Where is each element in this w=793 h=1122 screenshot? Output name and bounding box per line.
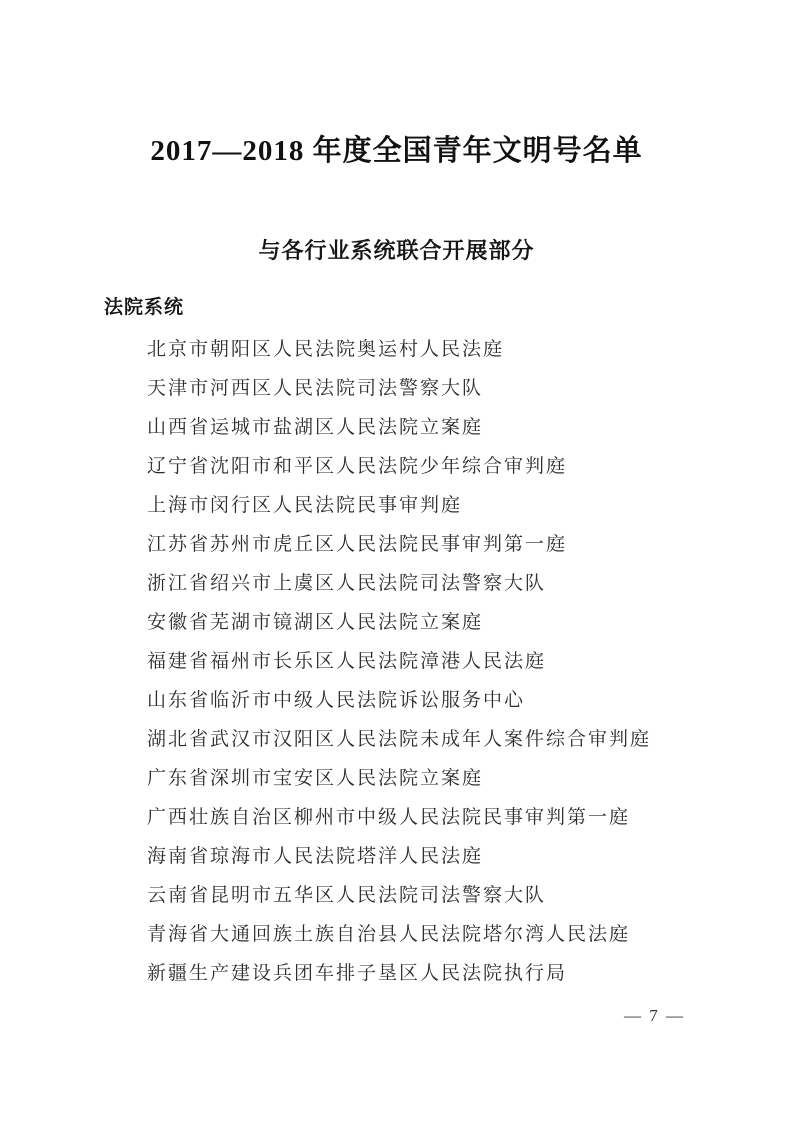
list-item: 天津市河西区人民法院司法警察大队 [147,369,651,408]
list-item: 海南省琼海市人民法院塔洋人民法庭 [147,837,651,876]
list-item: 云南省昆明市五华区人民法院司法警察大队 [147,876,651,915]
list-item: 湖北省武汉市汉阳区人民法院未成年人案件综合审判庭 [147,720,651,759]
list-item: 安徽省芜湖市镜湖区人民法院立案庭 [147,603,651,642]
list-item: 广西壮族自治区柳州市中级人民法院民事审判第一庭 [147,798,651,837]
section-heading-court-system: 法院系统 [104,296,184,320]
page-number: — 7 — [624,1004,685,1028]
list-item: 辽宁省沈阳市和平区人民法院少年综合审判庭 [147,447,651,486]
list-item: 山东省临沂市中级人民法院诉讼服务中心 [147,681,651,720]
document-subtitle: 与各行业系统联合开展部分 [0,236,793,266]
list-item: 江苏省苏州市虎丘区人民法院民事审判第一庭 [147,525,651,564]
document-page: 2017—2018 年度全国青年文明号名单 与各行业系统联合开展部分 法院系统 … [0,0,793,1122]
list-item: 浙江省绍兴市上虞区人民法院司法警察大队 [147,564,651,603]
list-item: 北京市朝阳区人民法院奥运村人民法庭 [147,330,651,369]
list-item: 山西省运城市盐湖区人民法院立案庭 [147,408,651,447]
list-item: 福建省福州市长乐区人民法院漳港人民法庭 [147,642,651,681]
list-item: 新疆生产建设兵团车排子垦区人民法院执行局 [147,954,651,993]
list-item: 青海省大通回族土族自治县人民法院塔尔湾人民法庭 [147,915,651,954]
list-item: 广东省深圳市宝安区人民法院立案庭 [147,759,651,798]
document-title: 2017—2018 年度全国青年文明号名单 [0,133,793,169]
list-item: 上海市闵行区人民法院民事审判庭 [147,486,651,525]
court-list: 北京市朝阳区人民法院奥运村人民法庭 天津市河西区人民法院司法警察大队 山西省运城… [147,330,651,993]
